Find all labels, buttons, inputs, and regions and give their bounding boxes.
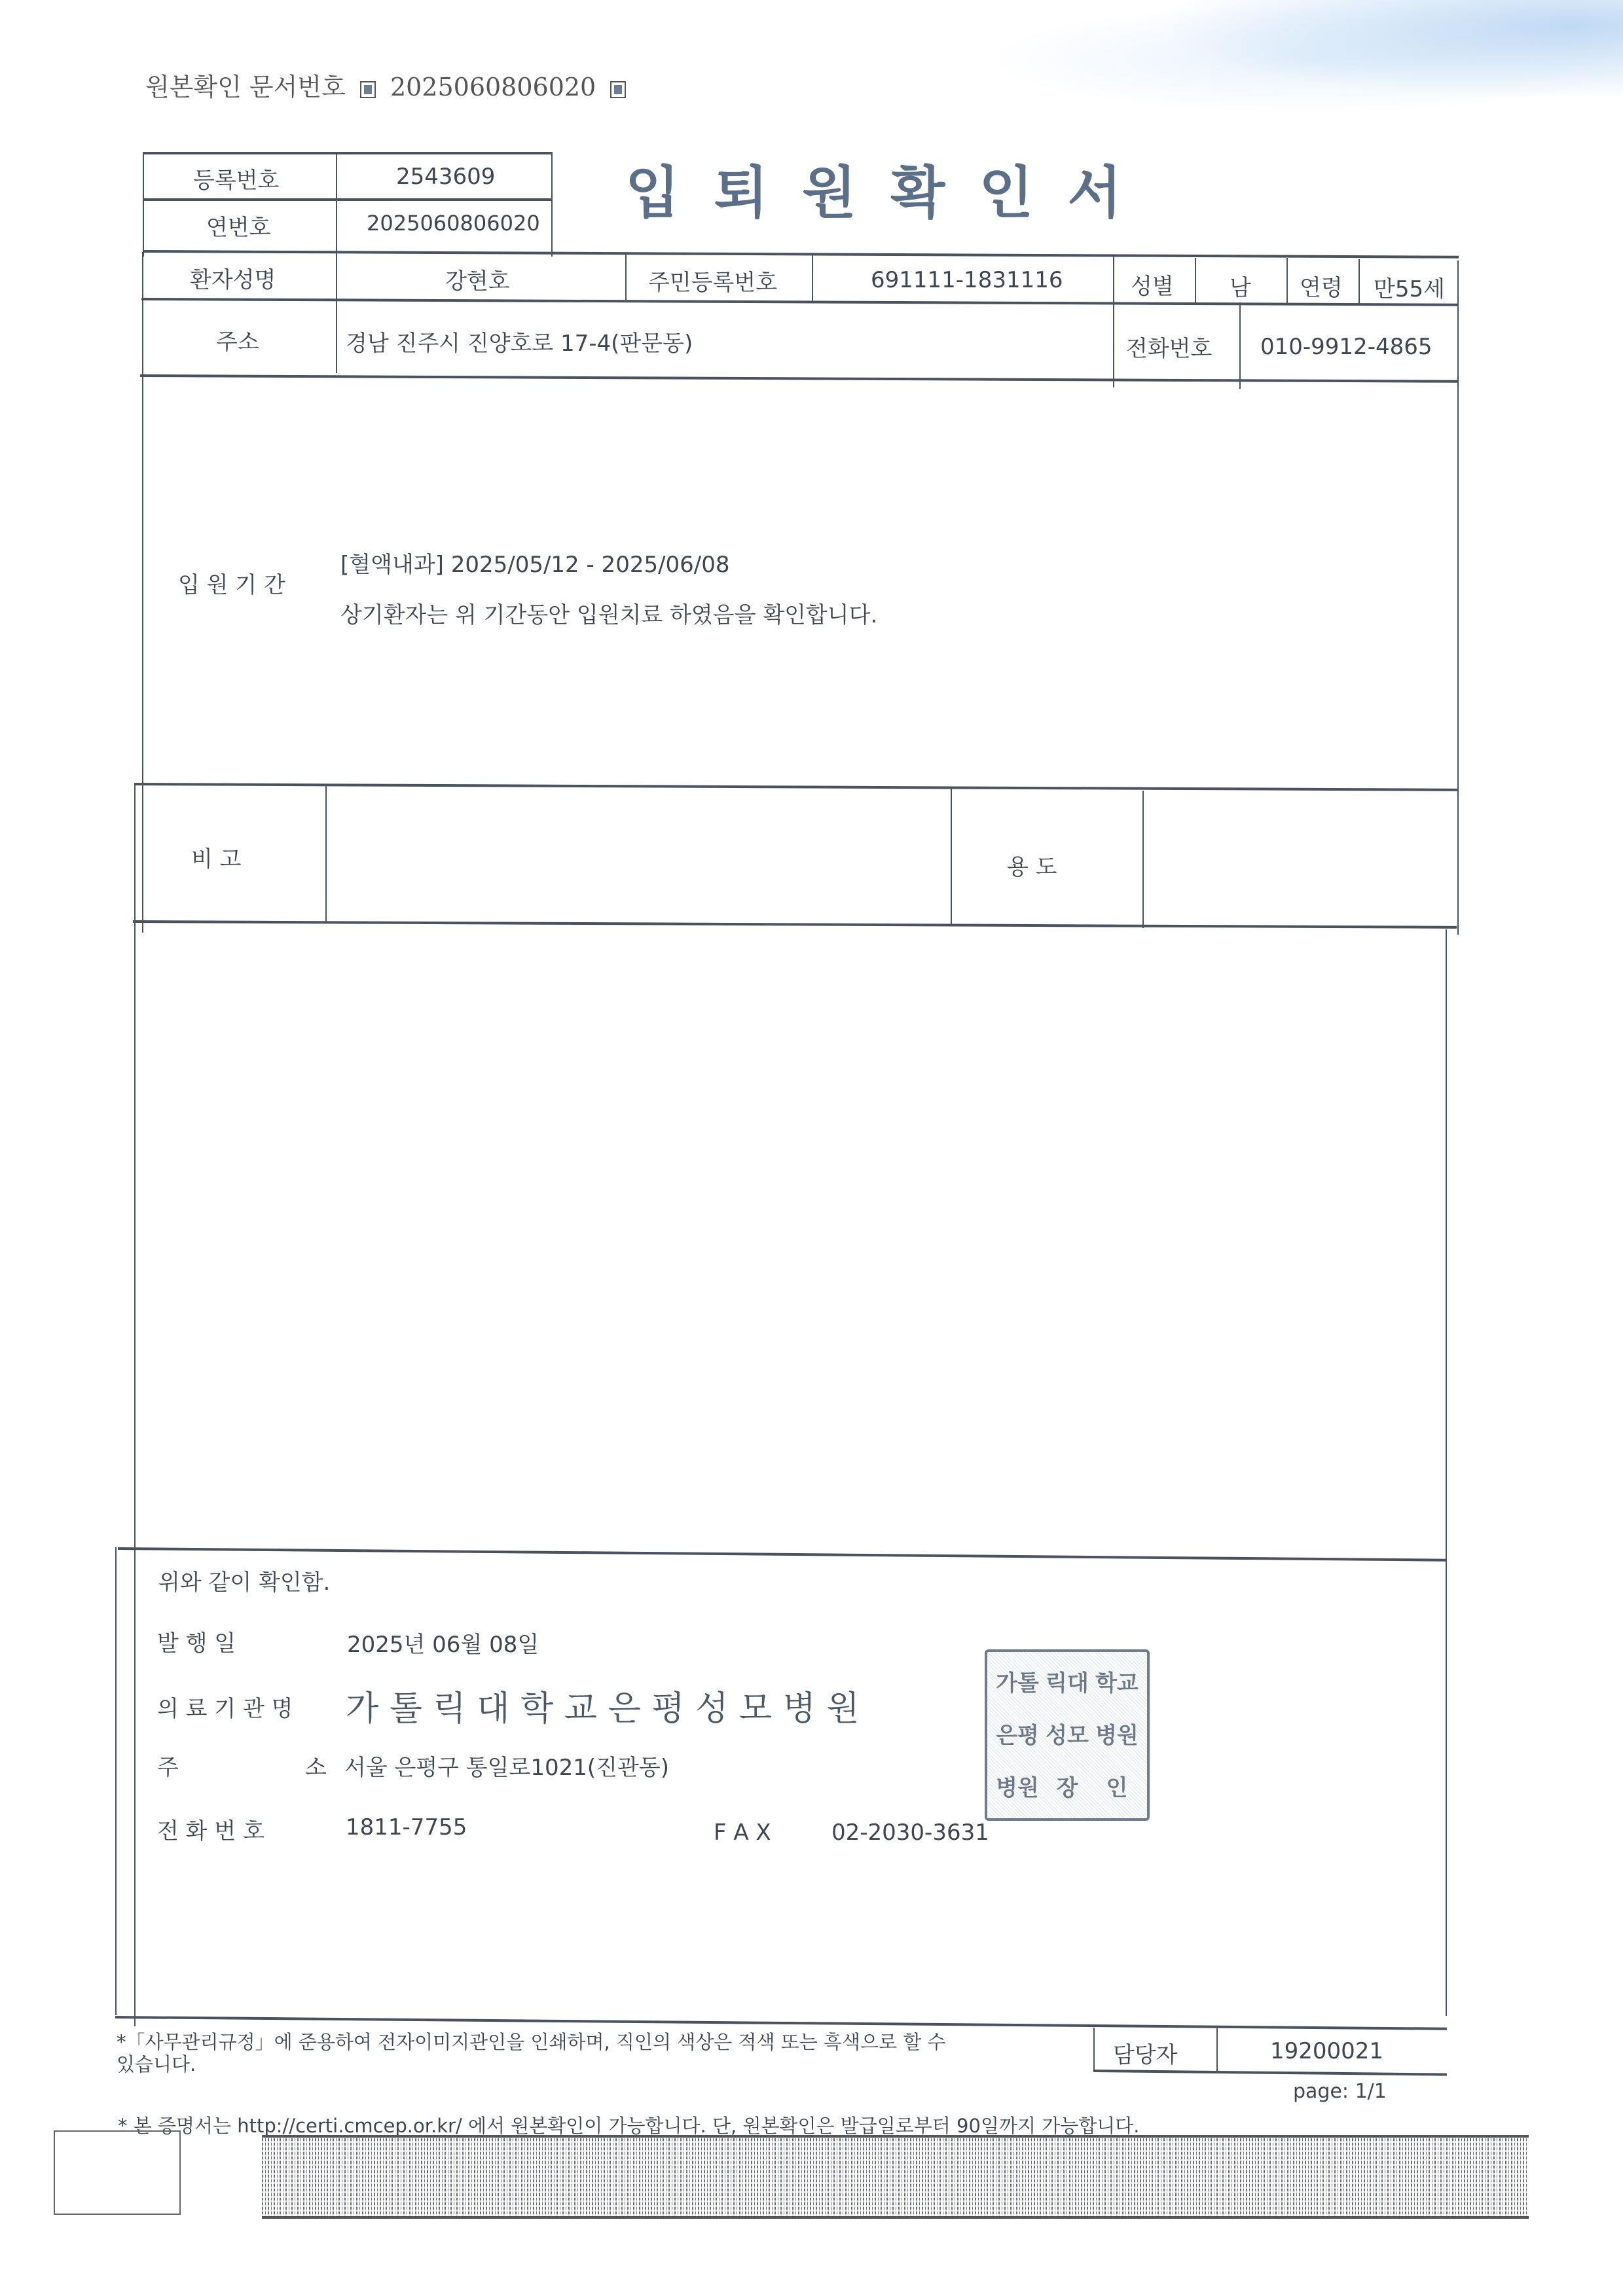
divider: [1359, 259, 1360, 305]
divider: [1286, 258, 1288, 304]
seal-char: 성모: [1044, 1711, 1091, 1761]
staff-label: 담당자: [1113, 2037, 1178, 2069]
serial-label: 연번호: [206, 209, 271, 242]
divider: [336, 252, 337, 373]
institution-address: 서울 은평구 통일로1021(진관동): [344, 1749, 669, 1782]
age-label: 연령: [1300, 270, 1343, 302]
page-indicator: page: 1/1: [1293, 2080, 1387, 2103]
footer-note: *「사무관리규정」에 준용하여 전자이미지관인을 인쇄하며, 직인의 색상은 적…: [117, 2028, 945, 2054]
divider: [336, 152, 337, 257]
remarks-label: 비 고: [191, 841, 242, 873]
fax-label: F A X: [714, 1820, 771, 1846]
staff-id: 19200021: [1270, 2038, 1383, 2064]
divider: [143, 152, 553, 154]
age-value: 만55세: [1374, 271, 1445, 303]
divider: [141, 298, 1459, 306]
divider: [1093, 2070, 1447, 2076]
sex-value: 남: [1230, 270, 1251, 302]
seal-char: 병원: [1093, 1711, 1140, 1761]
divider: [625, 254, 627, 300]
divider: [1195, 258, 1196, 304]
divider: [951, 789, 952, 926]
admission-period: [혈액내과] 2025/05/12 - 2025/06/08: [340, 547, 730, 579]
document-title: 입퇴원확인서: [625, 147, 1156, 228]
seal-char: 인: [1093, 1763, 1140, 1813]
seal-char: 학교: [1093, 1659, 1140, 1708]
divider: [143, 152, 144, 257]
verify-note: * 본 증명서는 http://certi.cmcep.or.kr/ 에서 원본…: [118, 2111, 1140, 2138]
serial-value: 2025060806020: [367, 211, 540, 236]
divider: [1216, 2028, 1218, 2071]
patient-name-label: 환자성명: [190, 262, 276, 294]
background-decoration: [982, 0, 1623, 131]
divider: [1142, 791, 1144, 928]
address-label: 주소: [216, 324, 259, 356]
fax-value: 02-2030-3631: [831, 1820, 989, 1846]
divider: [142, 252, 143, 933]
divider: [325, 784, 327, 922]
blank-stamp-box: [54, 2130, 181, 2215]
issue-date: 2025년 06월 08일: [347, 1626, 539, 1659]
address-label-2: 소: [305, 1749, 327, 1782]
sex-label: 성별: [1131, 268, 1174, 300]
rrn-value: 691111-1831116: [871, 267, 1063, 293]
institution-name: 가 톨 릭 대 학 교 은 평 성 모 병 원: [346, 1681, 860, 1730]
divider: [134, 783, 1458, 791]
confirm-text: 위와 같이 확인함.: [158, 1564, 330, 1596]
divider: [812, 255, 813, 301]
phone-label: 전화번호: [1126, 331, 1212, 363]
patient-name: 강현호: [445, 263, 510, 295]
square-bullet-icon: [360, 81, 376, 98]
divider: [118, 1547, 1447, 1562]
divider: [1446, 929, 1447, 2016]
institution-phone: 1811-7755: [346, 1814, 467, 1840]
divider: [140, 374, 1457, 383]
footer-note-cont: 있습니다.: [117, 2050, 196, 2077]
divider: [1239, 302, 1241, 389]
square-bullet-icon: [610, 81, 626, 98]
purpose-label: 용 도: [1007, 849, 1057, 881]
divider: [133, 920, 1457, 929]
phone-value: 010-9912-4865: [1260, 334, 1432, 360]
divider: [1093, 2028, 1095, 2070]
issue-date-label: 발 행 일: [157, 1625, 236, 1657]
seal-char: 릭대: [1044, 1659, 1091, 1708]
institution-label: 의 료 기 관 명: [157, 1691, 293, 1723]
divider: [134, 783, 136, 2026]
divider: [143, 198, 553, 201]
seal-char: 은평: [994, 1711, 1041, 1761]
verify-label: 원본확인 문서번호: [145, 73, 346, 101]
address-label-1: 주: [157, 1749, 179, 1782]
divider: [551, 152, 553, 257]
official-seal: 가톨 릭대 학교 은평 성모 병원 병원 장 인: [985, 1649, 1150, 1821]
admission-label: 입 원 기 간: [178, 567, 285, 599]
admission-statement: 상기환자는 위 기간동안 입원치료 하였음을 확인합니다.: [340, 597, 877, 629]
reg-no-value: 2543609: [396, 164, 495, 190]
divider: [1457, 260, 1459, 935]
divider: [143, 250, 1459, 259]
seal-char: 가톨: [994, 1659, 1041, 1708]
document-number: 2025060806020: [390, 73, 596, 101]
institution-phone-label: 전 화 번 호: [157, 1813, 264, 1845]
security-barcode: [262, 2135, 1529, 2219]
divider: [1113, 257, 1114, 387]
address-value: 경남 진주시 진양호로 17-4(판문동): [346, 325, 693, 357]
divider: [115, 1547, 117, 2015]
rrn-label: 주민등록번호: [648, 264, 777, 296]
seal-char: 장: [1044, 1763, 1091, 1813]
verification-header: 원본확인 문서번호 2025060806020: [145, 67, 632, 103]
reg-no-label: 등록번호: [193, 162, 279, 194]
seal-char: 병원: [994, 1763, 1041, 1813]
